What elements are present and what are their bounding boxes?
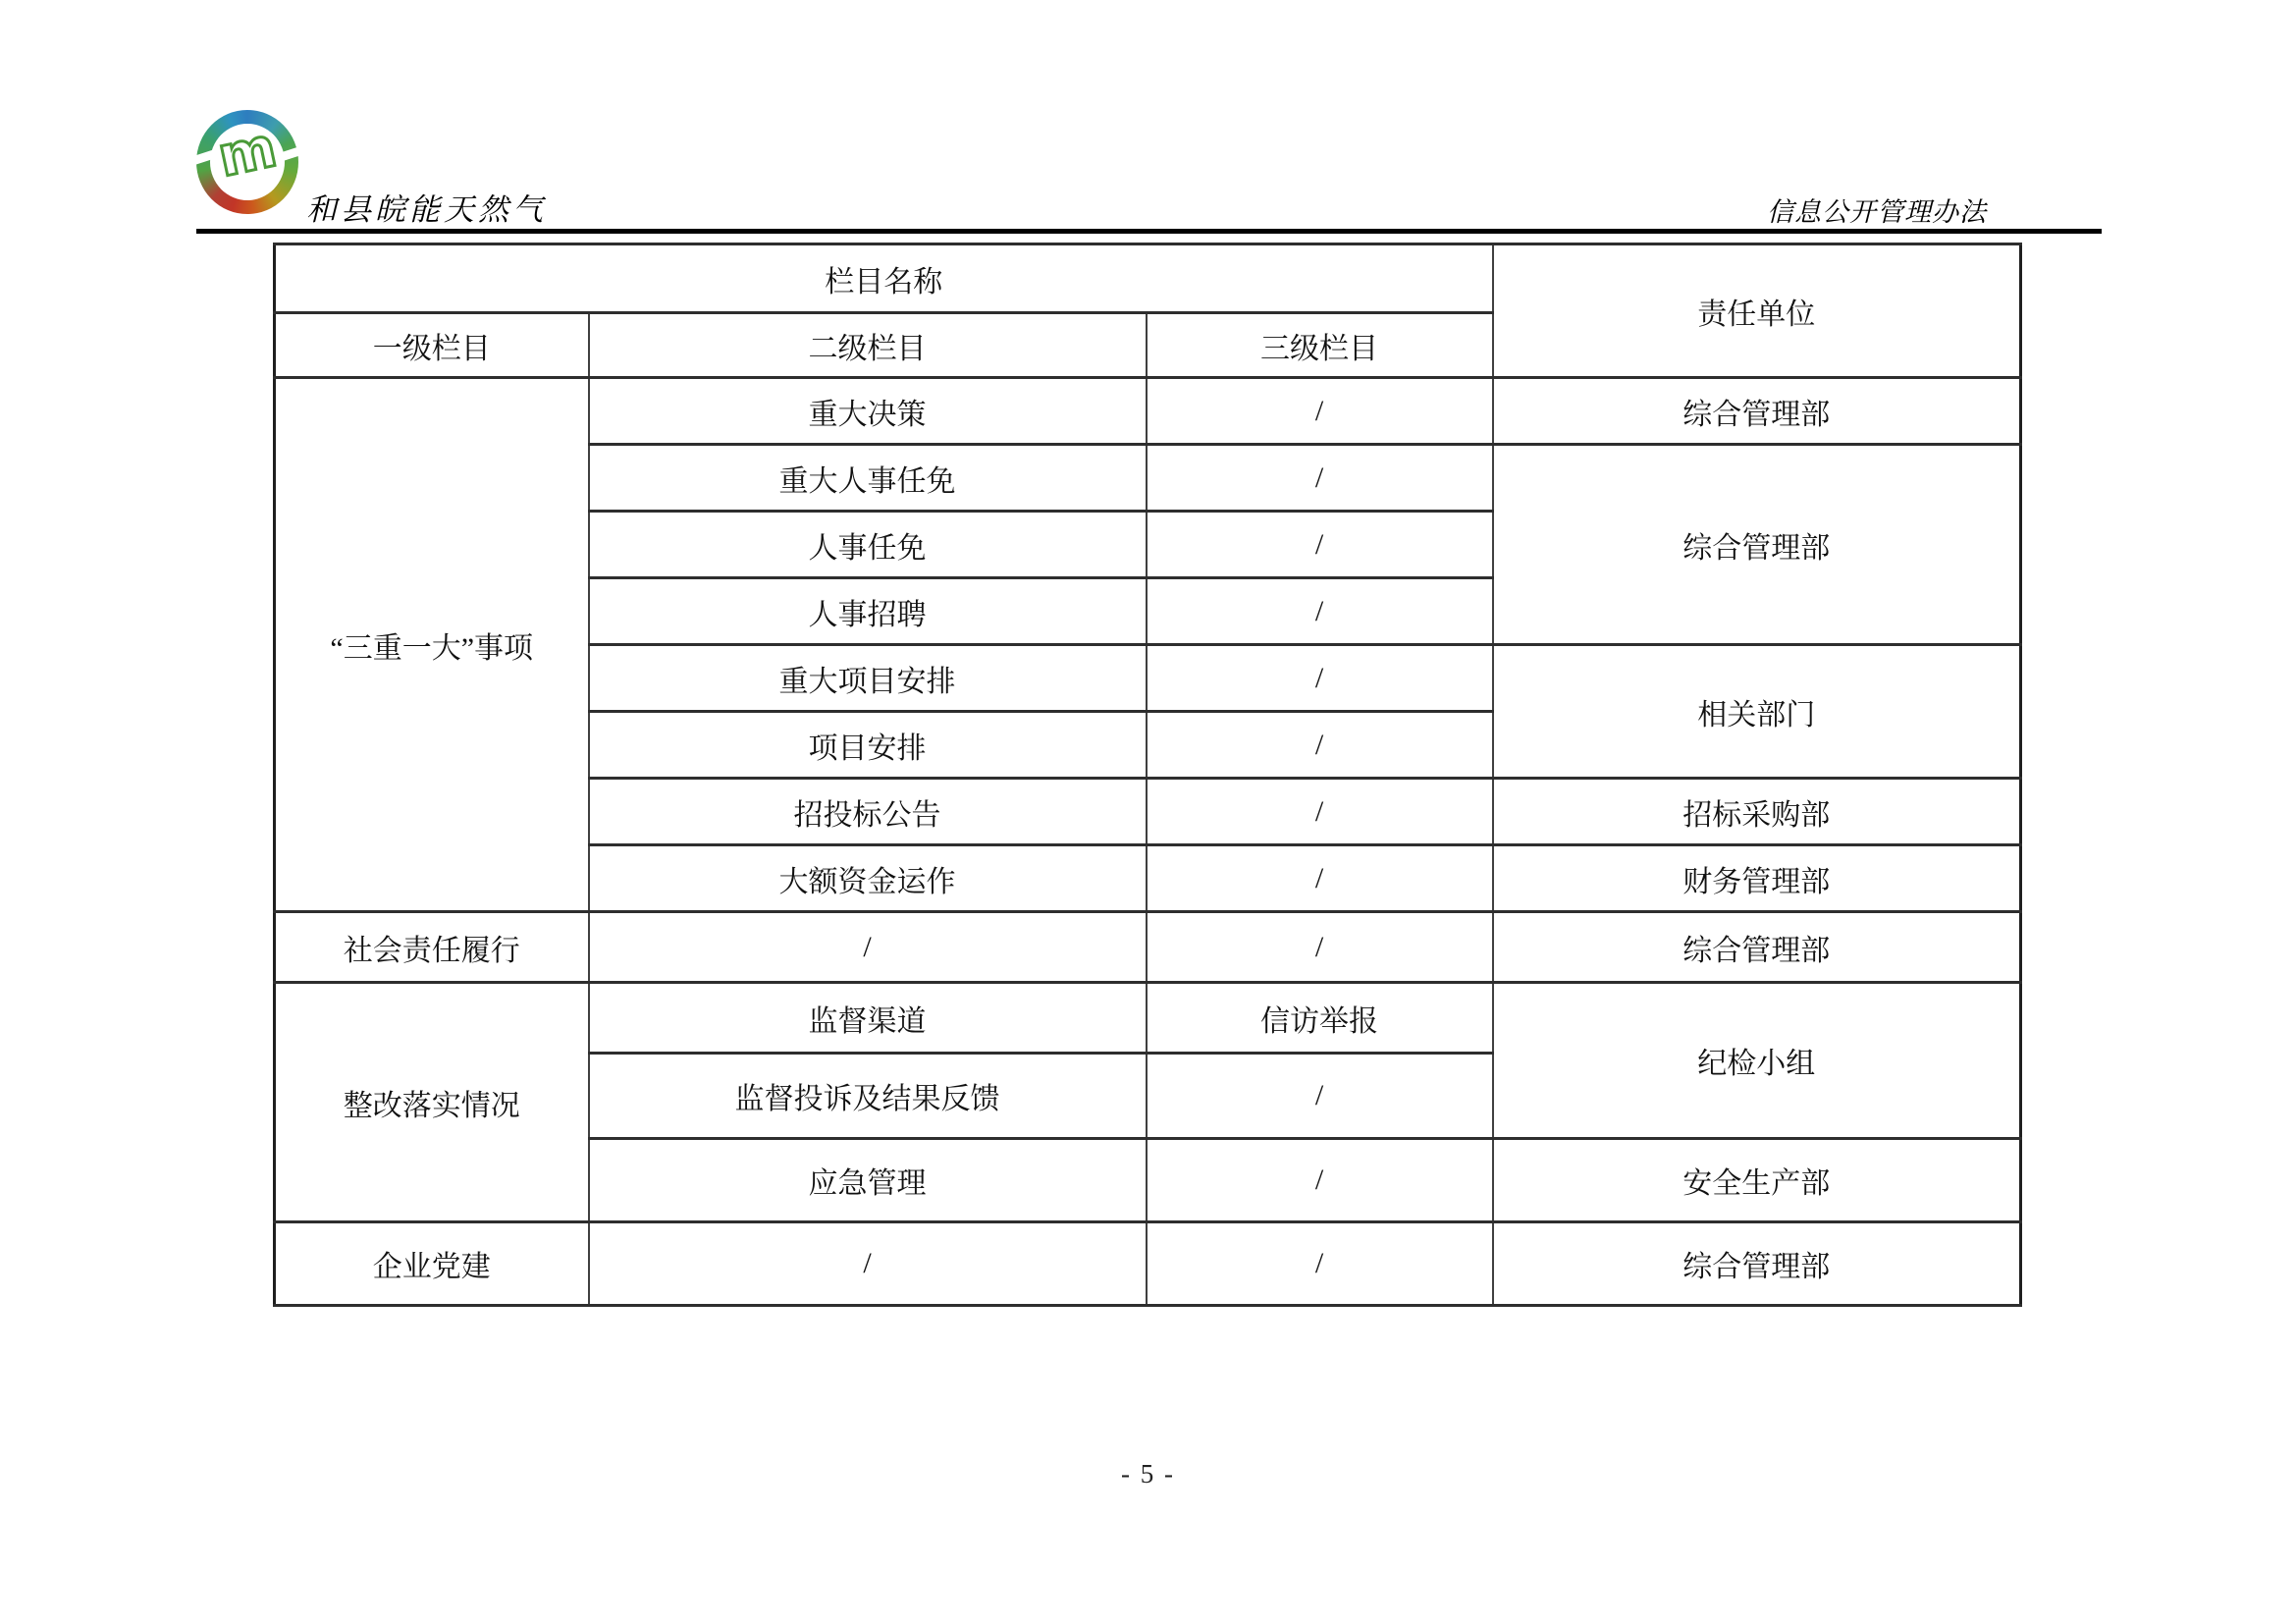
cell-level1: 社会责任履行 <box>275 912 589 983</box>
cell-responsible: 纪检小组 <box>1493 983 2021 1139</box>
cell-level3: / <box>1147 712 1493 779</box>
table-row: 企业党建 / / 综合管理部 <box>275 1222 2021 1306</box>
header-cell-column-group: 栏目名称 <box>275 244 1493 313</box>
company-logo: m <box>196 110 298 214</box>
cell-level2: 重大项目安排 <box>589 645 1147 712</box>
cell-level2: 大额资金运作 <box>589 845 1147 912</box>
cell-responsible: 相关部门 <box>1493 645 2021 779</box>
cell-responsible: 招标采购部 <box>1493 779 2021 845</box>
document-title: 信息公开管理办法 <box>1767 190 1987 229</box>
header-divider <box>196 229 2102 234</box>
cell-level1: “三重一大”事项 <box>275 378 589 912</box>
table-header-row-1: 栏目名称 责任单位 <box>275 244 2021 313</box>
header-cell-responsible: 责任单位 <box>1493 244 2021 378</box>
table-row: 整改落实情况 监督渠道 信访举报 纪检小组 <box>275 983 2021 1054</box>
cell-level3: / <box>1147 779 1493 845</box>
cell-responsible: 安全生产部 <box>1493 1139 2021 1222</box>
cell-level2: 监督投诉及结果反馈 <box>589 1054 1147 1139</box>
cell-level3: 信访举报 <box>1147 983 1493 1054</box>
columns-responsibility-table: 栏目名称 责任单位 一级栏目 二级栏目 三级栏目 “三重一大”事项 重大决策 /… <box>273 243 2022 1307</box>
cell-level3: / <box>1147 445 1493 512</box>
table-row: “三重一大”事项 重大决策 / 综合管理部 <box>275 378 2021 445</box>
cell-level3: / <box>1147 1054 1493 1139</box>
cell-responsible: 综合管理部 <box>1493 1222 2021 1306</box>
cell-level1: 企业党建 <box>275 1222 589 1306</box>
cell-level3: / <box>1147 1139 1493 1222</box>
cell-responsible: 综合管理部 <box>1493 378 2021 445</box>
cell-responsible: 财务管理部 <box>1493 845 2021 912</box>
cell-level2: / <box>589 912 1147 983</box>
cell-responsible: 综合管理部 <box>1493 445 2021 645</box>
cell-level3: / <box>1147 645 1493 712</box>
company-name: 和县皖能天然气 <box>306 185 547 229</box>
cell-level2: 人事任免 <box>589 512 1147 578</box>
cell-level3: / <box>1147 512 1493 578</box>
cell-level2: / <box>589 1222 1147 1306</box>
cell-level3: / <box>1147 845 1493 912</box>
cell-level3: / <box>1147 912 1493 983</box>
header-cell-level1: 一级栏目 <box>275 313 589 378</box>
cell-level2: 项目安排 <box>589 712 1147 779</box>
header-cell-level3: 三级栏目 <box>1147 313 1493 378</box>
page-number: - 5 - <box>0 1459 2296 1489</box>
cell-level2: 应急管理 <box>589 1139 1147 1222</box>
cell-level3: / <box>1147 578 1493 645</box>
cell-level2: 重大决策 <box>589 378 1147 445</box>
cell-level1: 整改落实情况 <box>275 983 589 1222</box>
cell-level3: / <box>1147 1222 1493 1306</box>
header-cell-level2: 二级栏目 <box>589 313 1147 378</box>
cell-level3: / <box>1147 378 1493 445</box>
cell-level2: 重大人事任免 <box>589 445 1147 512</box>
cell-level2: 监督渠道 <box>589 983 1147 1054</box>
cell-level2: 招投标公告 <box>589 779 1147 845</box>
cell-responsible: 综合管理部 <box>1493 912 2021 983</box>
table-row: 社会责任履行 / / 综合管理部 <box>275 912 2021 983</box>
cell-level2: 人事招聘 <box>589 578 1147 645</box>
